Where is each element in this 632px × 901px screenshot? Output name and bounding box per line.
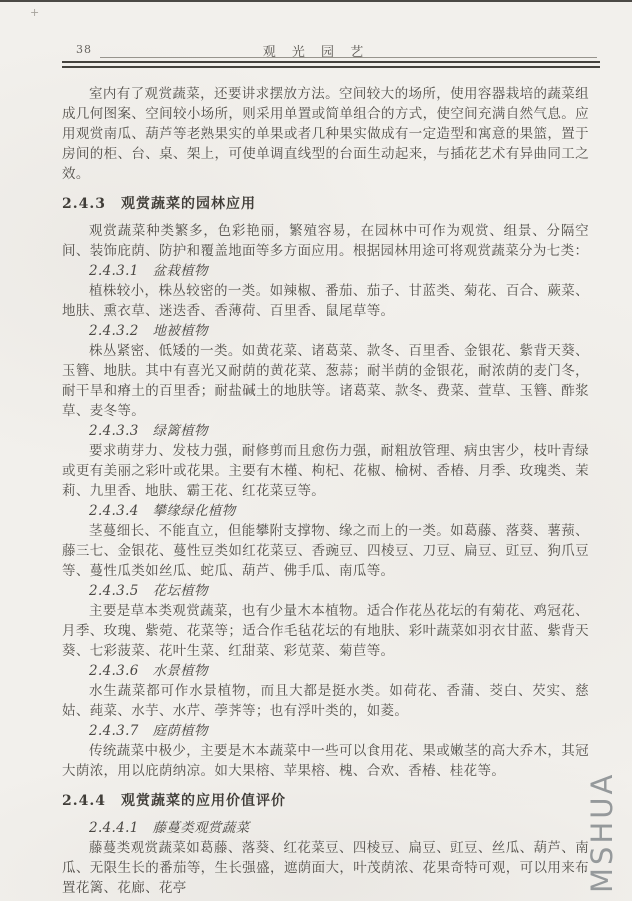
scanned-book-page: + 38 观 光 园 艺 室内有了观赏蔬菜，还要讲求摆放方法。空间较大的场所，使…: [0, 0, 632, 901]
registration-mark: +: [30, 6, 39, 19]
subsection-heading: 2.4.3.5 花坛植物: [62, 581, 589, 601]
subsection-heading: 2.4.3.7 庭荫植物: [62, 721, 589, 741]
paragraph: 株丛紧密、低矮的一类。如黄花菜、诸葛菜、款冬、百里香、金银花、紫背天葵、玉簪、地…: [62, 341, 589, 421]
section-heading: 2.4.3 观赏蔬菜的园林应用: [62, 194, 589, 214]
scan-edge: [0, 0, 632, 2]
paragraph: 传统蔬菜中极少，主要是木本蔬菜中一些可以食用花、果或嫩茎的高大乔木，其冠大荫浓，…: [62, 741, 589, 781]
paragraph: 主要是草本类观赏蔬菜，也有少量木本植物。适合作花丛花坛的有菊花、鸡冠花、月季、玫…: [62, 601, 589, 661]
subsection-heading: 2.4.3.3 绿篱植物: [62, 421, 589, 441]
paragraph: 要求萌芽力、发枝力强，耐修剪而且愈伤力强，耐粗放管理、病虫害少，枝叶青绿或更有美…: [62, 441, 589, 501]
body-text-column: 室内有了观赏蔬菜，还要讲求摆放方法。空间较大的场所，使用容器栽培的蔬菜组成几何图…: [62, 84, 589, 898]
header-rule-thin: [100, 57, 597, 58]
paragraph: 水生蔬菜都可作水景植物，而且大都是挺水类。如荷花、香蒲、茭白、芡实、慈姑、莼菜、…: [62, 681, 589, 721]
subsection-heading: 2.4.3.6 水景植物: [62, 661, 589, 681]
paragraph: 室内有了观赏蔬菜，还要讲求摆放方法。空间较大的场所，使用容器栽培的蔬菜组成几何图…: [62, 84, 589, 184]
section-heading: 2.4.4 观赏蔬菜的应用价值评价: [62, 791, 589, 811]
paragraph: 藤蔓类观赏蔬菜如葛藤、落葵、红花菜豆、四棱豆、扁豆、豇豆、丝瓜、葫芦、南瓜、无限…: [62, 838, 589, 898]
paragraph: 植株较小，株丛较密的一类。如辣椒、番茄、茄子、甘蓝类、菊花、百合、蕨菜、地肤、熏…: [62, 281, 589, 321]
watermark-text: MSHUA: [585, 745, 625, 893]
paragraph: 观赏蔬菜种类繁多，色彩艳丽，繁殖容易，在园林中可作为观赏、组景、分隔空间、装饰庇…: [62, 221, 589, 261]
header-rule-double: [62, 61, 600, 68]
subsection-heading: 2.4.4.1 藤蔓类观赏蔬菜: [62, 818, 589, 838]
subsection-heading: 2.4.3.1 盆栽植物: [62, 261, 589, 281]
subsection-heading: 2.4.3.4 攀缘绿化植物: [62, 501, 589, 521]
subsection-heading: 2.4.3.2 地被植物: [62, 321, 589, 341]
paragraph: 茎蔓细长、不能直立，但能攀附支撑物、缘之而上的一类。如葛藤、落葵、薯蓣、藤三七、…: [62, 521, 589, 581]
